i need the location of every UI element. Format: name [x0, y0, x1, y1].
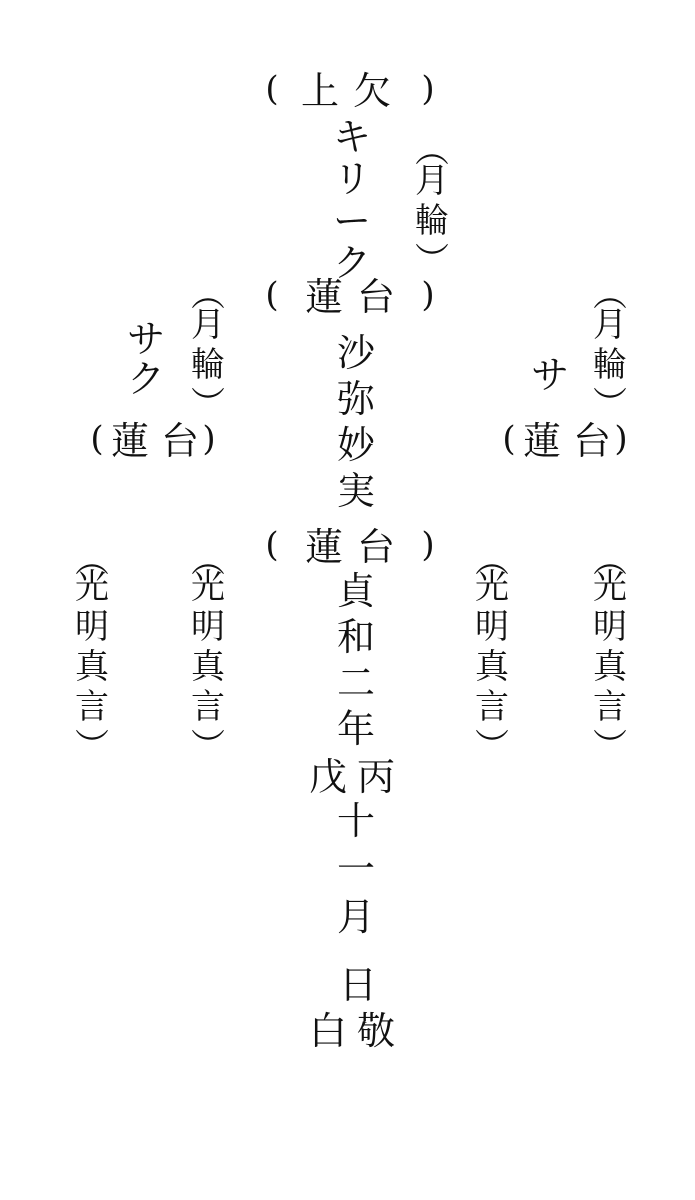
glyph: 実: [334, 472, 378, 518]
paren-close: ): [406, 528, 450, 562]
glyph: キ: [330, 118, 374, 158]
paren-close: ︶: [588, 388, 632, 418]
glyph: 蓮: [302, 528, 346, 566]
paren-close: ︶: [588, 730, 632, 756]
glyph: 真: [70, 650, 114, 690]
glyph: 欠: [350, 72, 394, 110]
glyph: 真: [588, 650, 632, 690]
glyph: 光: [470, 570, 514, 610]
glyph: 戊: [306, 758, 350, 796]
glyph: 蓮: [520, 422, 564, 460]
glyph: 明: [186, 610, 230, 650]
glyph: 二: [334, 664, 378, 710]
glyph: 敬: [354, 1012, 398, 1050]
glyph: 光: [588, 570, 632, 610]
glyph: 十: [334, 802, 378, 850]
glyph: 白: [306, 1012, 350, 1050]
glyph: ク: [124, 360, 168, 400]
glyph: 明: [588, 610, 632, 650]
glyph: 蓮: [108, 422, 152, 460]
glyph: 言: [70, 690, 114, 730]
mantra-column-4: ︵ 光 明 真 言 ︶: [588, 544, 632, 756]
paren-close: ︶: [470, 730, 514, 756]
kiriku-column: キ リ ー ク: [330, 118, 374, 284]
glyph: 台: [354, 278, 398, 316]
right-moon-column: ︵ 月 輪 ︶: [588, 278, 632, 418]
glyph: 光: [70, 570, 114, 610]
paren-close: ︶: [186, 388, 230, 418]
glyph: リ: [330, 160, 374, 200]
center-moon-column: ︵ 月 輪 ︶: [410, 134, 454, 274]
glyph: 真: [186, 650, 230, 690]
left-moon-column: ︵ 月 輪 ︶: [186, 278, 230, 418]
paren-close: ): [406, 72, 450, 106]
glyph: 言: [470, 690, 514, 730]
mantra-column-3: ︵ 光 明 真 言 ︶: [470, 544, 514, 756]
glyph: 月: [588, 308, 632, 348]
glyph: サ: [528, 356, 572, 396]
glyph: 言: [588, 690, 632, 730]
glyph: 弥: [334, 380, 378, 426]
paren-open: ︵: [588, 278, 632, 308]
name-column: 沙 弥 妙 実: [334, 334, 378, 518]
mantra-column-1: ︵ 光 明 真 言 ︶: [70, 544, 114, 756]
paren-open: (: [250, 72, 294, 106]
glyph: 妙: [334, 426, 378, 472]
glyph: 丙: [354, 758, 398, 796]
glyph: 年: [334, 710, 378, 756]
glyph: 明: [70, 610, 114, 650]
glyph: 輪: [186, 348, 230, 388]
glyph: 沙: [334, 334, 378, 380]
glyph: 台: [354, 528, 398, 566]
glyph: サ: [124, 320, 168, 360]
paren-close: ): [606, 422, 636, 456]
glyph: 一: [334, 850, 378, 898]
date-column: 貞 和 二 年: [334, 572, 378, 756]
paren-close: ︶: [186, 730, 230, 756]
glyph: 明: [470, 610, 514, 650]
paren-open: (: [250, 528, 294, 562]
glyph: 月: [186, 308, 230, 348]
glyph: 蓮: [302, 278, 346, 316]
paren-close: ): [406, 278, 450, 312]
glyph: 光: [186, 570, 230, 610]
glyph: 月: [410, 164, 454, 204]
day-glyph: 日: [336, 966, 380, 1004]
glyph: 輪: [410, 204, 454, 244]
paren-open: ︵: [410, 134, 454, 164]
paren-close: ︶: [410, 244, 454, 274]
glyph: ー: [330, 202, 374, 242]
glyph: 真: [470, 650, 514, 690]
month-column: 十 一 月: [334, 802, 378, 946]
glyph: 輪: [588, 348, 632, 388]
glyph: 言: [186, 690, 230, 730]
paren-close: ︶: [70, 730, 114, 756]
paren-open: (: [250, 278, 294, 312]
glyph: 上: [298, 72, 342, 110]
right-seed-column: サ: [528, 356, 572, 396]
mantra-column-2: ︵ 光 明 真 言 ︶: [186, 544, 230, 756]
glyph: 和: [334, 618, 378, 664]
glyph: 月: [334, 898, 378, 946]
paren-close: ): [194, 422, 224, 456]
paren-open: ︵: [186, 278, 230, 308]
left-seed-column: サ ク: [124, 320, 168, 400]
glyph: 貞: [334, 572, 378, 618]
